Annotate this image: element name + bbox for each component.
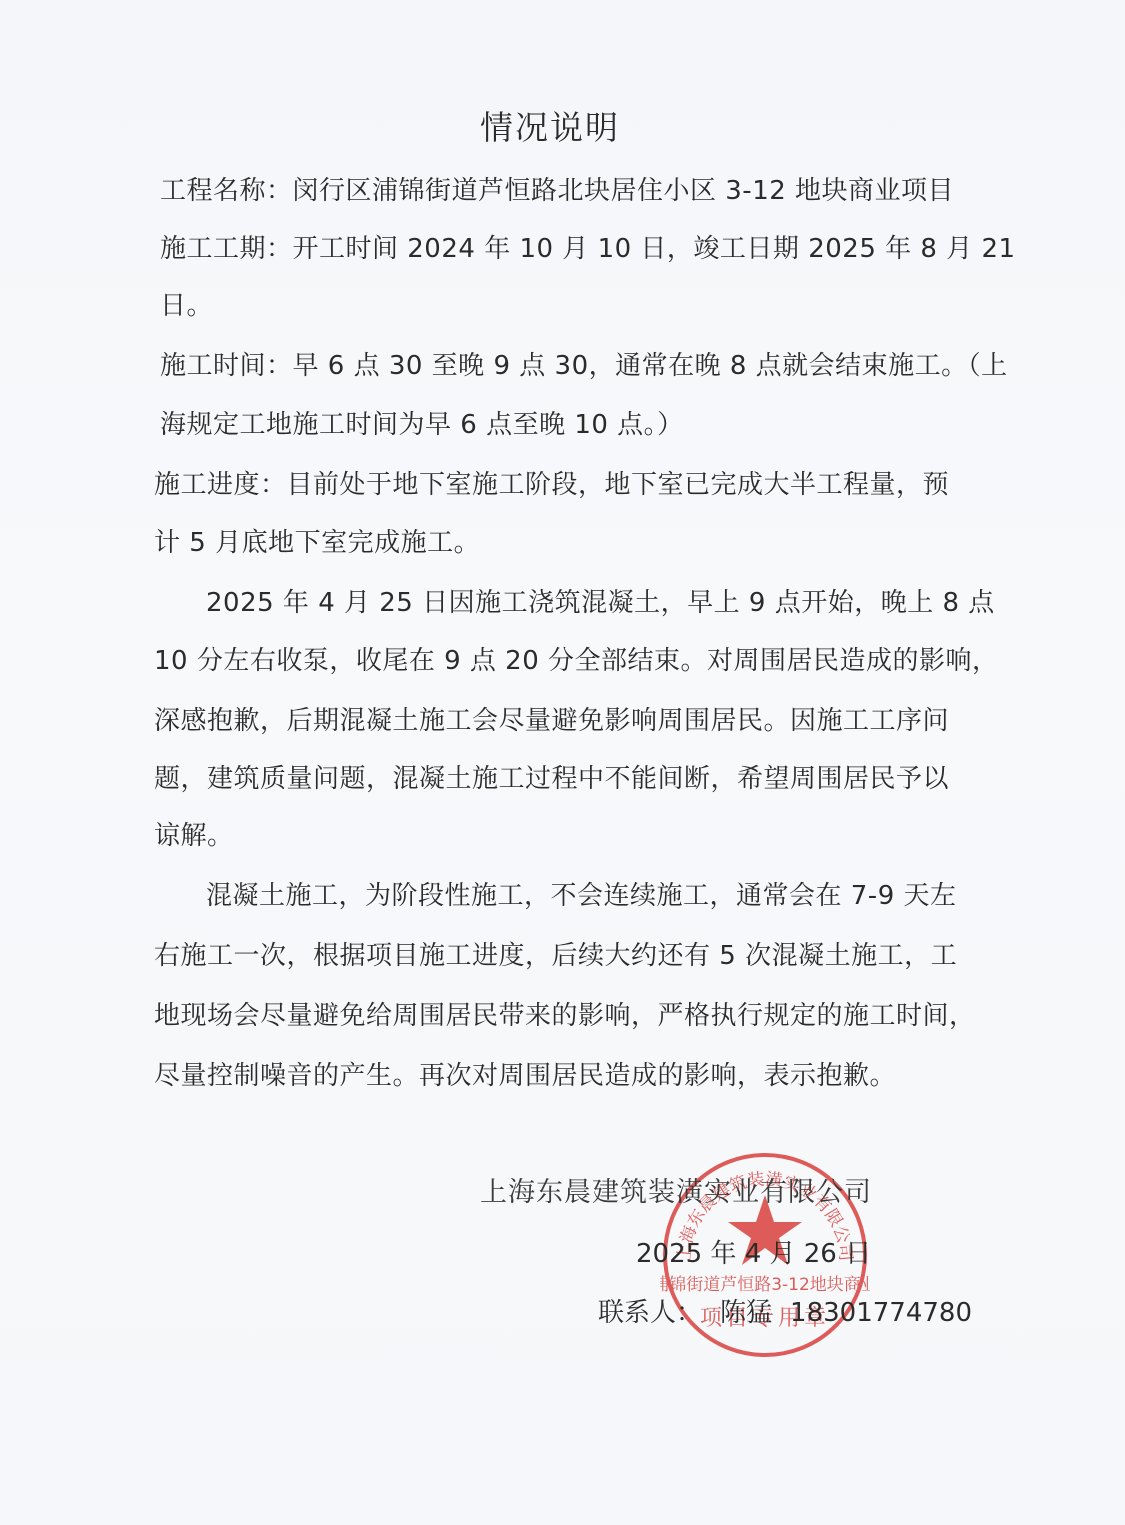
document-title: 情况说明 bbox=[0, 102, 1100, 149]
construction-period-line: 施工工期：开工时间 2024 年 10 月 10 日，竣工日期 2025 年 8… bbox=[160, 228, 1016, 265]
contact-phone: 18301774780 bbox=[790, 1298, 972, 1328]
signature-date: 2025 年 4 月 26 日 bbox=[636, 1233, 871, 1270]
project-name-line: 工程名称：闵行区浦锦街道芦恒路北块居住小区 3-12 地块商业项目 bbox=[160, 170, 954, 207]
paragraph-1-line-2: 10 分左右收泵，收尾在 9 点 20 分全部结束。对周围居民造成的影响， bbox=[154, 640, 999, 677]
progress-line-cont: 计 5 月底地下室完成施工。 bbox=[154, 522, 480, 559]
contact-label: 联系人： bbox=[598, 1298, 702, 1328]
paragraph-2-line-4: 尽量控制噪音的产生。再次对周围居民造成的影响，表示抱歉。 bbox=[154, 1055, 896, 1092]
progress-line: 施工进度：目前处于地下室施工阶段，地下室已完成大半工程量，预 bbox=[154, 464, 949, 501]
paragraph-1-line-1: 2025 年 4 月 25 日因施工浇筑混凝土，早上 9 点开始，晚上 8 点 bbox=[206, 582, 995, 619]
document-page: 情况说明 工程名称：闵行区浦锦街道芦恒路北块居住小区 3-12 地块商业项目 施… bbox=[0, 0, 1125, 1525]
paragraph-1-line-4: 题，建筑质量问题，混凝土施工过程中不能间断，希望周围居民予以 bbox=[154, 758, 949, 795]
construction-hours-line-cont: 海规定工地施工时间为早 6 点至晚 10 点。） bbox=[160, 404, 684, 441]
construction-period-line-cont: 日。 bbox=[160, 285, 213, 322]
paragraph-2-line-3: 地现场会尽量避免给周围居民带来的影响，严格执行规定的施工时间， bbox=[154, 995, 976, 1032]
construction-hours-line: 施工时间：早 6 点 30 至晚 9 点 30，通常在晚 8 点就会结束施工。（… bbox=[160, 345, 1008, 382]
paragraph-2-line-2: 右施工一次，根据项目施工进度，后续大约还有 5 次混凝土施工，工 bbox=[154, 935, 957, 972]
company-name: 上海东晨建筑装潢实业有限公司 bbox=[480, 1170, 872, 1209]
contact-name: 陈猛 bbox=[720, 1298, 772, 1328]
paragraph-1-line-3: 深感抱歉，后期混凝土施工会尽量避免影响周围居民。因施工工序问 bbox=[154, 700, 949, 737]
contact-info: 联系人：陈猛18301774780 bbox=[598, 1292, 990, 1329]
paragraph-2-line-1: 混凝土施工，为阶段性施工，不会连续施工，通常会在 7-9 天左 bbox=[206, 875, 957, 912]
paragraph-1-line-5: 谅解。 bbox=[154, 815, 234, 852]
